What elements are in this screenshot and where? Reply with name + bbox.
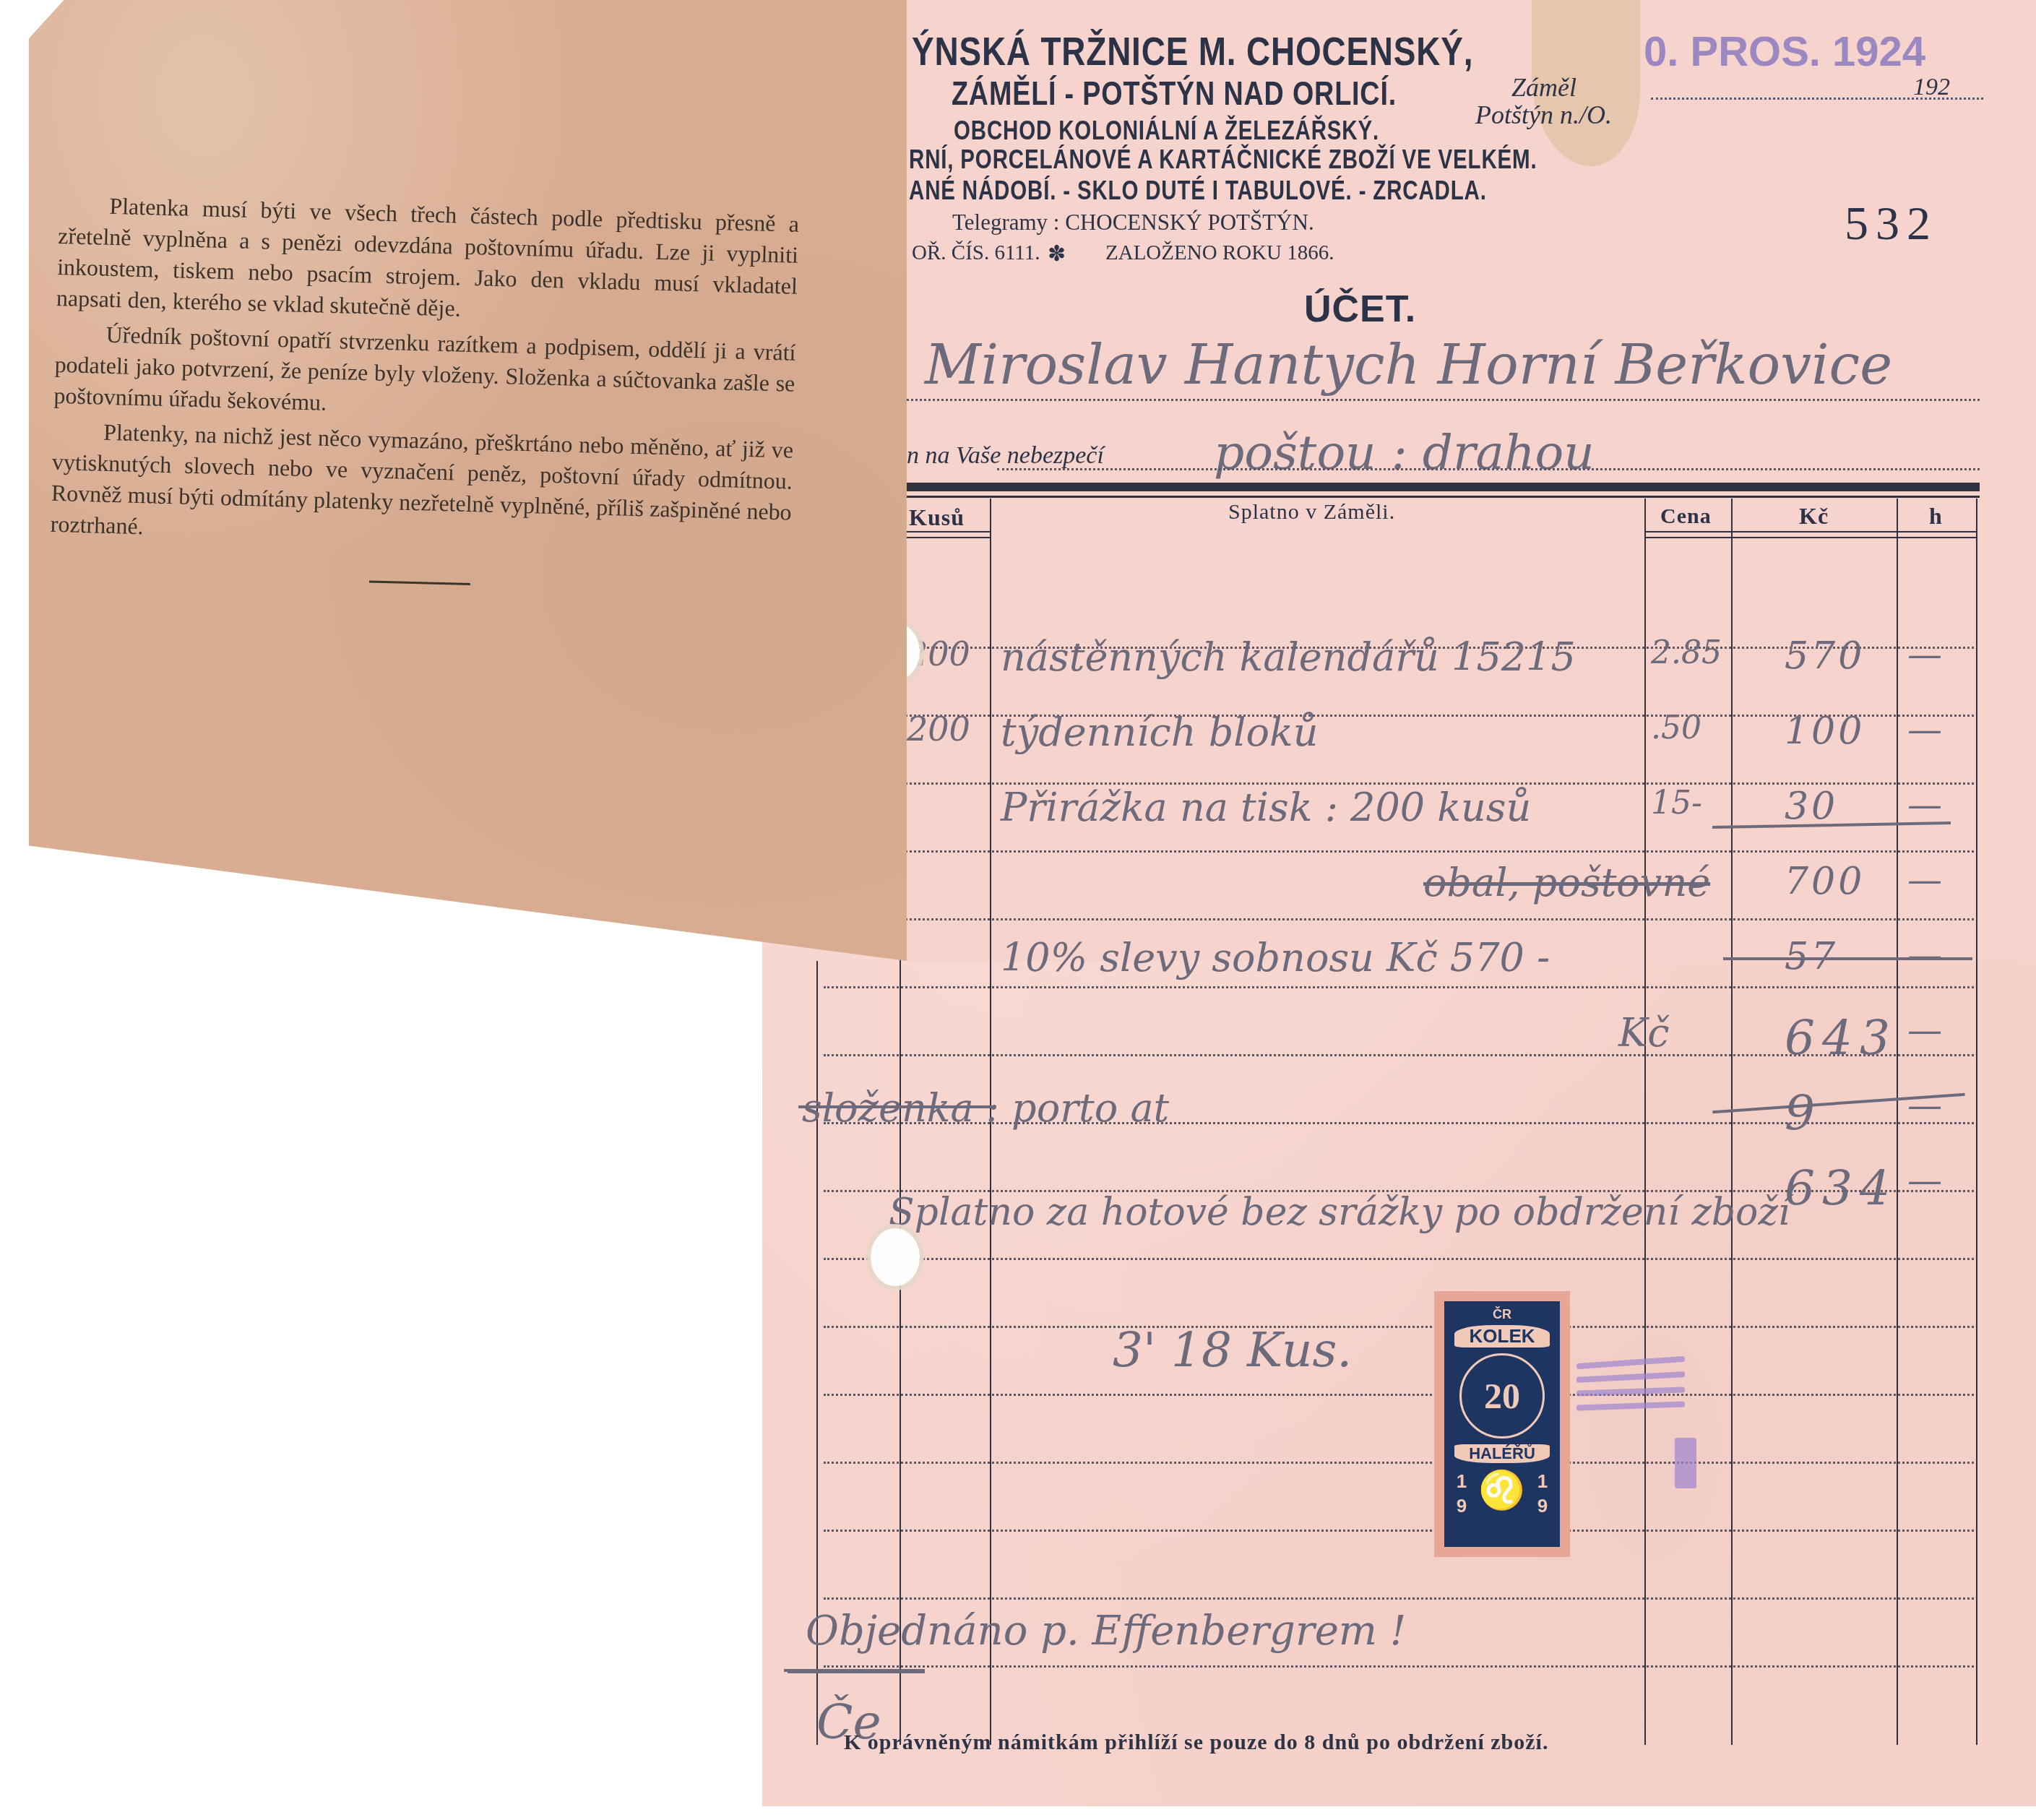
stamp-unit: HALÉŘŮ [1454, 1444, 1550, 1463]
row-description: nástěnných kalendářů 15215 [1001, 634, 1576, 680]
payment-note: Splatno za hotové bez srážky po obdržení… [889, 1191, 1790, 1234]
row-separator [824, 1258, 1974, 1260]
slozenka-underline [798, 1105, 993, 1108]
slip-paragraph: Platenka musí býti ve všech třech částec… [56, 189, 799, 333]
row-h: — [1907, 1010, 1942, 1051]
cancel-mark [1675, 1438, 1696, 1488]
row-separator [824, 1394, 1974, 1396]
table-top-rule [907, 483, 1980, 491]
header-qty: Kusů [909, 504, 965, 531]
customer-line [907, 399, 1980, 401]
shipping-method: poštou : drahou [1214, 425, 1595, 480]
lion-icon: ♌ [1479, 1469, 1526, 1518]
place-line-2: Potštýn n./O. [1475, 100, 1612, 130]
goods-line-2: ANÉ NÁDOBÍ. - SKLO DUTÉ I TABULOVÉ. - ZR… [909, 176, 1487, 206]
header-h: h [1929, 503, 1943, 530]
row-kc: 9 [1785, 1085, 1822, 1141]
row-description: týdenních bloků [1001, 710, 1319, 755]
ornament-icon: ✽ [1048, 241, 1066, 267]
slip-divider [368, 580, 470, 585]
row-separator [824, 1462, 1974, 1464]
row-h: — [1907, 1085, 1942, 1126]
row-h: — [1907, 935, 1942, 975]
goods-line-1: RNÍ, PORCELÁNOVÉ A KARTÁČNICKÉ ZBOŽÍ VE … [909, 145, 1537, 175]
row-h: — [1907, 1160, 1942, 1201]
row-price: 15- [1651, 785, 1702, 821]
company-name: ÝNSKÁ TRŽNICE M. CHOCENSKÝ, [912, 27, 1473, 74]
ordered-by-note: Objednáno p. Effenbergrem ! [806, 1608, 1406, 1655]
header-underline [907, 531, 990, 538]
stamp-country: ČR [1444, 1307, 1560, 1322]
stamp-medallion: 20 [1459, 1353, 1545, 1439]
row-separator [824, 986, 1974, 988]
row-description: obal, poštovné [1423, 860, 1710, 905]
founded: ZALOŽENO ROKU 1866. [1105, 241, 1334, 265]
slip-instructions: Platenka musí býti ve všech třech částec… [49, 189, 800, 594]
row-h: — [1907, 860, 1942, 900]
row-description: 10% slevy sobnosu Kč 570 - [1001, 935, 1550, 980]
stamp-year-left: 19 [1454, 1469, 1469, 1518]
table-top-rule-thin [907, 496, 1980, 498]
header-description: Splatno v Záměli. [1228, 500, 1395, 525]
document-title: ÚČET. [1304, 288, 1416, 331]
row-description: Přirážka na tisk : 200 kusů [1001, 785, 1531, 830]
row-price: 2.85 [1651, 634, 1722, 671]
col-border-right [1976, 499, 1977, 1745]
footer-notice: K oprávněným námitkám přihlíží se pouze … [844, 1730, 1548, 1755]
company-location: ZÁMĚLÍ - POTŠTÝN NAD ORLICÍ. [952, 74, 1397, 113]
customer-name: Miroslav Hantych Horní Beřkovice [925, 332, 1892, 397]
row-separator [824, 1530, 1974, 1532]
header-kc: Kč [1799, 503, 1829, 530]
punch-hole [871, 1228, 920, 1286]
row-separator [824, 1665, 1974, 1668]
revenue-stamp: ČR KOLEK 20 HALÉŘŮ 19 ♌ 19 [1434, 1291, 1570, 1557]
shipping-label: n na Vaše nebezpečí [907, 442, 1104, 470]
year-prefix: 192 [1913, 74, 1950, 101]
row-h: — [1907, 634, 1942, 675]
row-h: — [1907, 785, 1942, 825]
shipping-line [997, 468, 1980, 470]
payment-slip: Platenka musí býti ve všech třech částec… [29, 0, 907, 961]
row-price: .50 [1651, 710, 1701, 746]
row-kc: 100 [1785, 710, 1865, 753]
row-separator [824, 918, 1974, 920]
invoice-number: 532 [1845, 197, 1938, 251]
slip-paragraph: Úředník poštovní opatří stvrzenku razítk… [53, 318, 796, 431]
pieces-note: 3' 18 Kus. [1113, 1322, 1352, 1378]
stamp-title: KOLEK [1454, 1325, 1550, 1347]
subtotal-rule-2 [1723, 957, 1972, 960]
row-qty: 200 [907, 710, 970, 749]
stamp-year-right: 19 [1535, 1469, 1550, 1518]
row-separator [824, 850, 1974, 853]
place-line-1: Záměl [1511, 72, 1576, 103]
registration-number: OŘ. ČÍS. 6111. [912, 241, 1040, 265]
row-kc: 700 [1785, 860, 1865, 903]
slip-paragraph: Platenky, na nichž jest něco vymazáno, p… [50, 415, 793, 559]
row-description: Kč [1618, 1010, 1670, 1056]
ordered-underline-2 [788, 1670, 925, 1673]
row-kc: 643 [1785, 1010, 1897, 1066]
row-separator [824, 1597, 1974, 1600]
row-separator [824, 1326, 1974, 1328]
header-underline-right [1644, 531, 1977, 538]
date-stamp: 0. PROS. 1924 [1644, 27, 1925, 76]
stamp-value: 20 [1484, 1375, 1520, 1417]
row-h: — [1907, 710, 1942, 750]
row-kc: 30 [1785, 785, 1838, 828]
header-price: Cena [1660, 504, 1712, 529]
row-kc: 57 [1785, 935, 1838, 978]
row-kc: 634 [1785, 1160, 1897, 1216]
business-type: OBCHOD KOLONIÁLNÍ A ŽELEZÁŘSKÝ. [954, 116, 1379, 146]
telegrams: Telegramy : CHOCENSKÝ POTŠTÝN. [952, 210, 1314, 236]
row-kc: 570 [1785, 634, 1865, 678]
